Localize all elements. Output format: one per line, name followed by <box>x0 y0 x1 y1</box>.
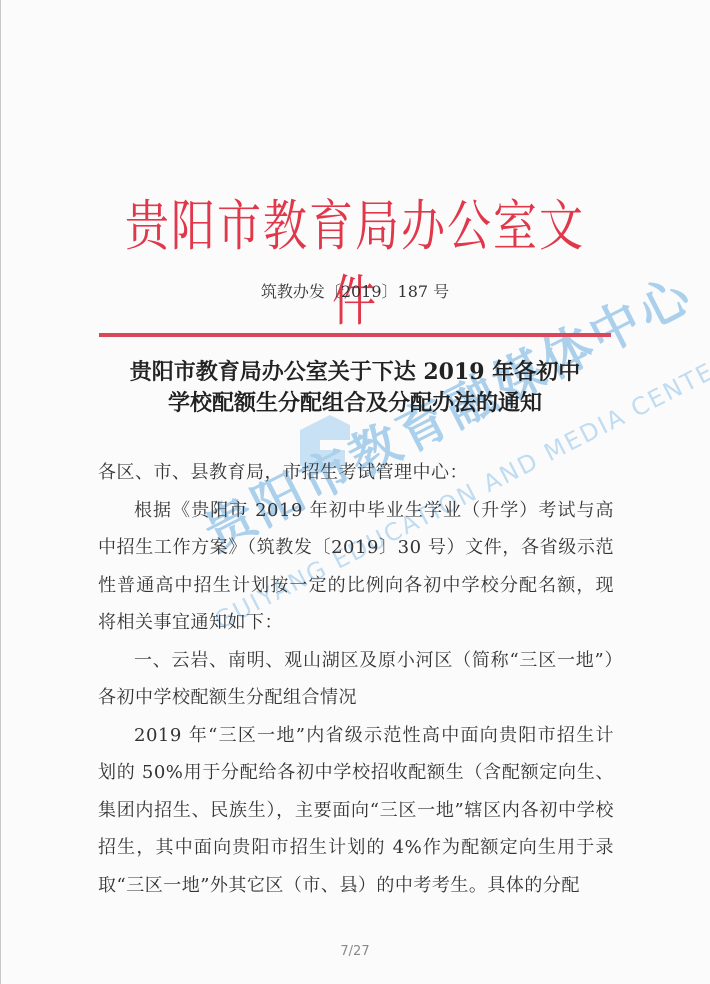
notice-title-line-2: 学校配额生分配组合及分配办法的通知 <box>98 388 612 419</box>
document-header-title: 贵阳市教育局办公室文件 <box>115 190 595 340</box>
document-number: 筑教办发〔2019〕187 号 <box>115 280 595 304</box>
page-number: 1 <box>340 884 370 895</box>
document-body: 各区、市、县教育局，市招生考试管理中心： 根据《贵阳市 2019 年初中毕业生学… <box>98 454 614 904</box>
salutation: 各区、市、县教育局，市招生考试管理中心： <box>98 454 614 492</box>
viewer-page-indicator: 7/27 <box>320 944 390 959</box>
red-divider-rule <box>99 333 611 337</box>
section-heading-1: 一、云岩、南明、观山湖区及原小河区（简称“三区一地”）各初中学校配额生分配组合情… <box>98 642 614 717</box>
notice-title-line-1: 贵阳市教育局办公室关于下达 2019 年各初中 <box>98 357 612 388</box>
notice-title: 贵阳市教育局办公室关于下达 2019 年各初中 学校配额生分配组合及分配办法的通… <box>98 357 612 419</box>
page-left-border <box>0 0 1 984</box>
paragraph-allocation: 2019 年“三区一地”内省级示范性高中面向贵阳市招生计划的 50%用于分配给各… <box>98 717 614 905</box>
paragraph-intro: 根据《贵阳市 2019 年初中毕业生学业（升学）考试与高中招生工作方案》（筑教发… <box>98 492 614 642</box>
